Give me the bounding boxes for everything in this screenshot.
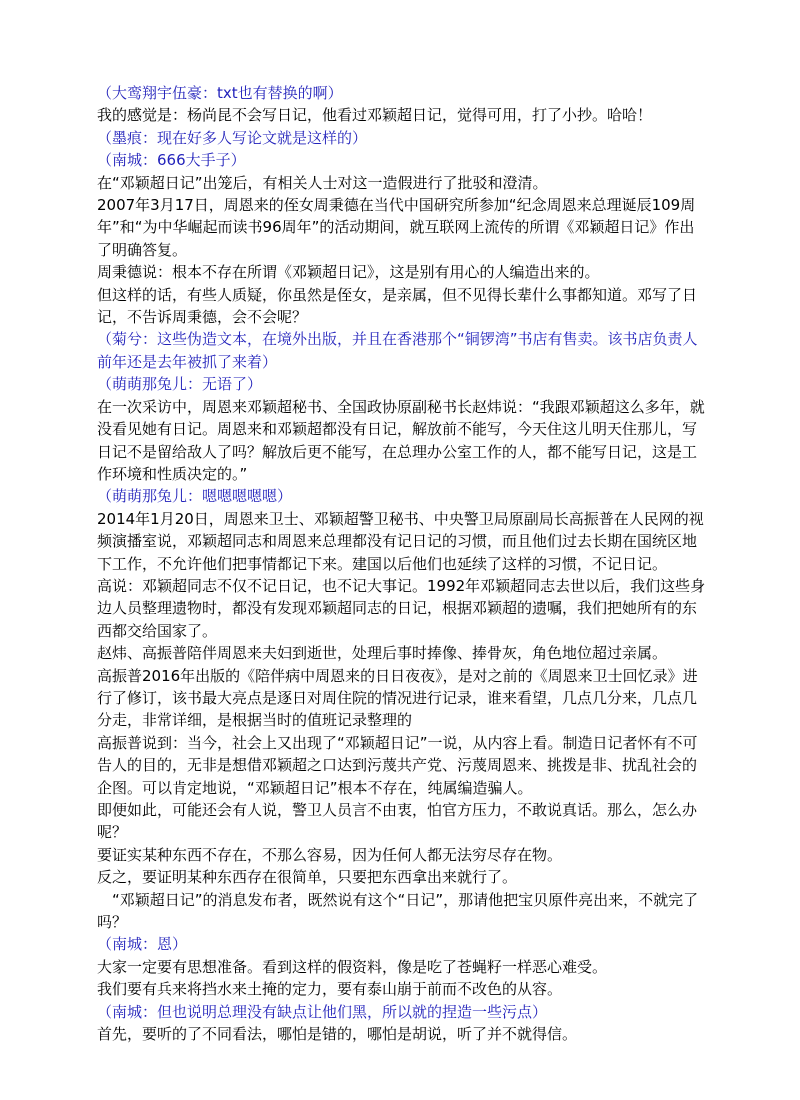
reader-comment-line: （大鸾翔宇伍豪：txt也有替换的啊）	[97, 82, 709, 104]
reader-comment-line: （菊兮：这些伪造文本，在境外出版，并且在香港那个“铜锣湾”书店有售卖。该书店负责…	[97, 328, 709, 373]
body-paragraph: 高说：邓颖超同志不仅不记日记，也不记大事记。1992年邓颖超同志去世以后，我们这…	[97, 575, 709, 642]
body-paragraph: 2007年3月17日，周恩来的侄女周秉德在当代中国研究所参加“纪念周恩来总理诞辰…	[97, 194, 709, 261]
body-paragraph: 赵炜、高振普陪伴周恩来夫妇到逝世，处理后事时捧像、捧骨灰，角色地位超过亲属。	[97, 642, 709, 664]
reader-comment-line: （萌萌那兔儿：嗯嗯嗯嗯嗯）	[97, 485, 709, 507]
reader-comment-line: （萌萌那兔儿：无语了）	[97, 373, 709, 395]
reader-comment-line: （墨痕：现在好多人写论文就是这样的）	[97, 127, 709, 149]
reader-comment-line: （南城：666大手子）	[97, 149, 709, 171]
body-paragraph: 即便如此，可能还会有人说，警卫人员言不由衷，怕官方压力，不敢说真话。那么，怎么办…	[97, 799, 709, 844]
body-paragraph: 我们要有兵来将挡水来土掩的定力，要有泰山崩于前而不改色的从容。	[97, 978, 709, 1000]
body-paragraph: 但这样的话，有些人质疑，你虽然是侄女，是亲属，但不见得长辈什么事都知道。邓写了日…	[97, 284, 709, 329]
body-paragraph: 大家一定要有思想准备。看到这样的假资料，像是吃了苍蝇籽一样恶心难受。	[97, 956, 709, 978]
body-paragraph: 2014年1月20日，周恩来卫士、邓颖超警卫秘书、中央警卫局原副局长高振普在人民…	[97, 508, 709, 575]
body-paragraph: 要证实某种东西不存在，不那么容易，因为任何人都无法穷尽存在物。	[97, 844, 709, 866]
body-paragraph: 我的感觉是：杨尚昆不会写日记，他看过邓颖超日记，觉得可用，打了小抄。哈哈！	[97, 104, 709, 126]
body-paragraph: 在一次采访中，周恩来邓颖超秘书、全国政协原副秘书长赵炜说：“我跟邓颖超这么多年，…	[97, 396, 709, 486]
body-paragraph: 周秉德说：根本不存在所谓《邓颖超日记》，这是别有用心的人编造出来的。	[97, 261, 709, 283]
body-paragraph: 高振普说到：当今，社会上又出现了“邓颖超日记”一说，从内容上看。制造日记者怀有不…	[97, 732, 709, 799]
body-paragraph: 在“邓颖超日记”出笼后，有相关人士对这一造假进行了批驳和澄清。	[97, 172, 709, 194]
body-paragraph: 高振普2016年出版的《陪伴病中周恩来的日日夜夜》，是对之前的《周恩来卫士回忆录…	[97, 665, 709, 732]
document-page: （大鸾翔宇伍豪：txt也有替换的啊）我的感觉是：杨尚昆不会写日记，他看过邓颖超日…	[0, 0, 800, 1100]
reader-comment-line: （南城：但也说明总理没有缺点让他们黑，所以就的捏造一些污点）	[97, 1001, 709, 1023]
body-paragraph: “邓颖超日记”的消息发布者，既然说有这个“日记”，那请他把宝贝原件亮出来，不就完…	[97, 889, 709, 934]
document-text-block: （大鸾翔宇伍豪：txt也有替换的啊）我的感觉是：杨尚昆不会写日记，他看过邓颖超日…	[97, 82, 709, 1045]
body-paragraph: 反之，要证明某种东西存在很简单，只要把东西拿出来就行了。	[97, 866, 709, 888]
reader-comment-line: （南城：恩）	[97, 933, 709, 955]
body-paragraph: 首先，要听的了不同看法，哪怕是错的，哪怕是胡说，听了并不就得信。	[97, 1023, 709, 1045]
